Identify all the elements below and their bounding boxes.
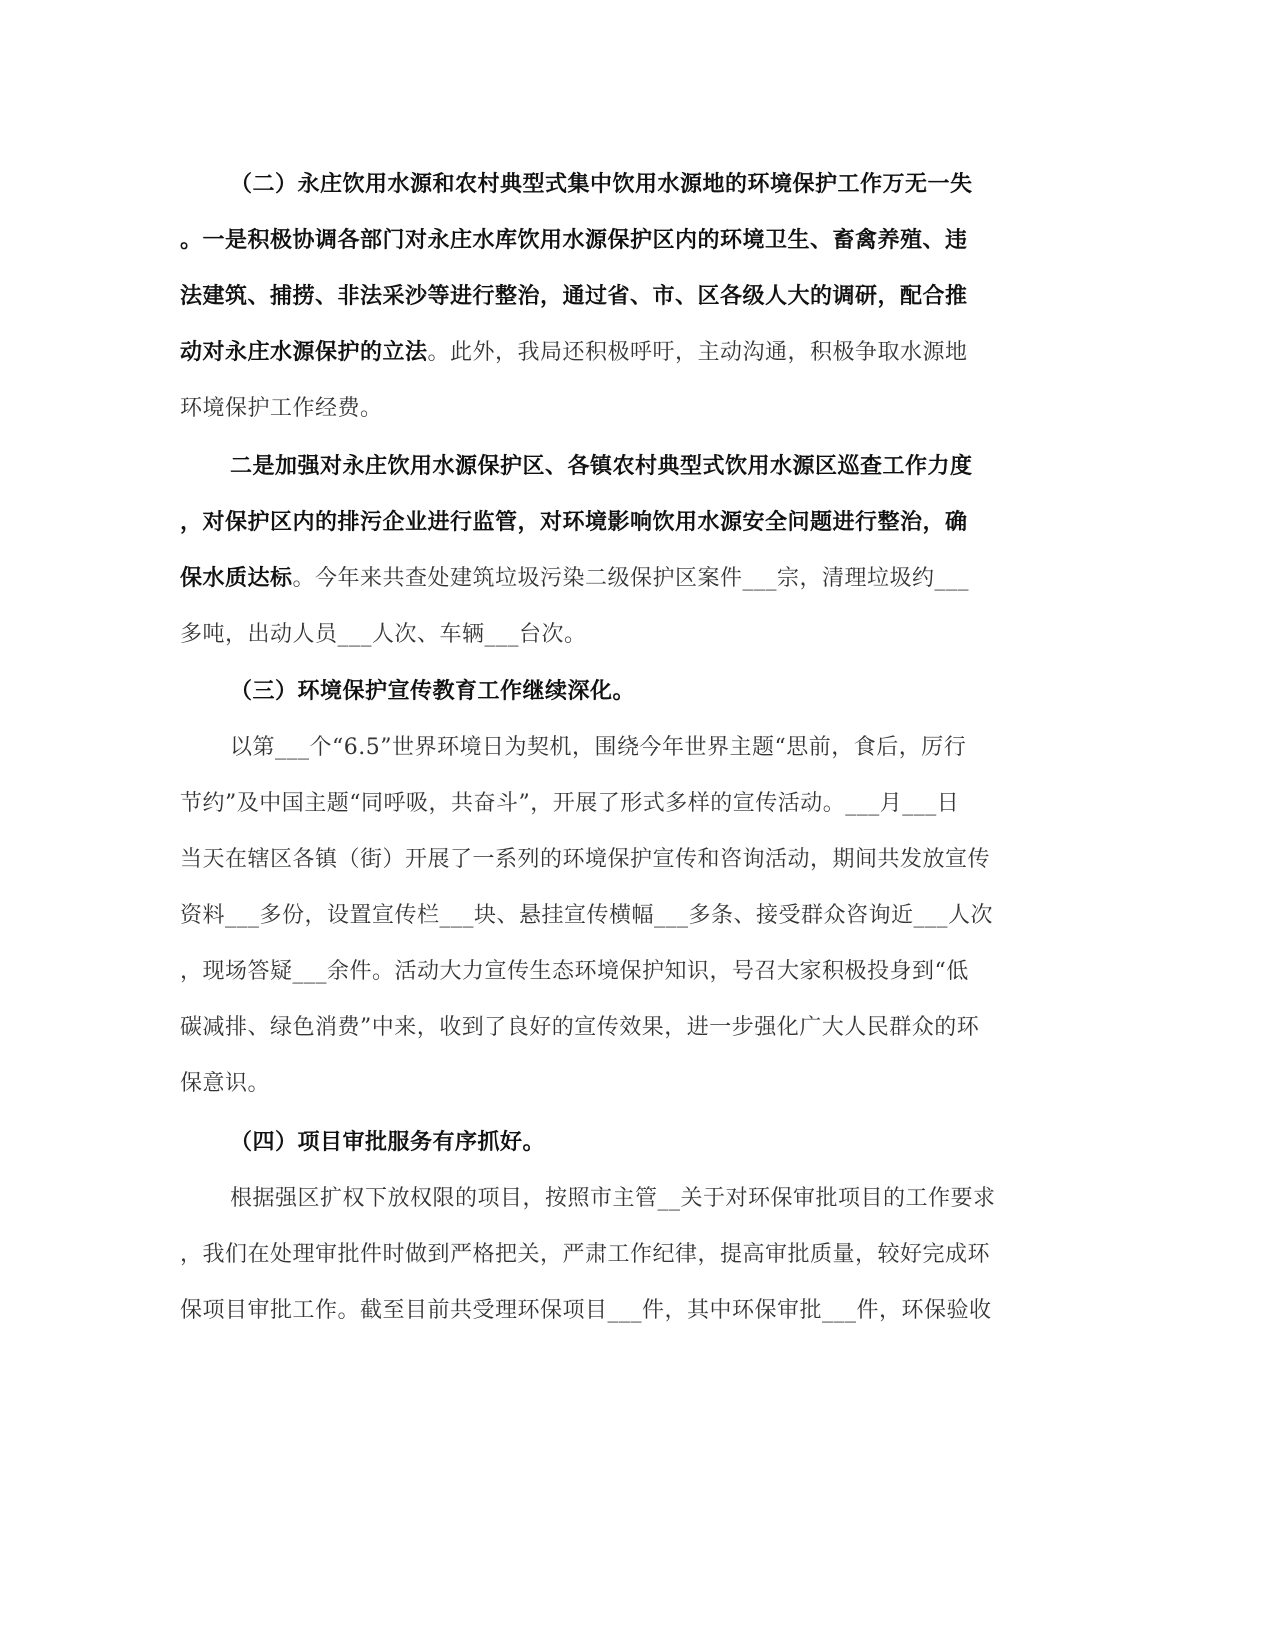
normal-text: 。今年来共查处建筑垃圾污染二级保护区案件___宗，清理垃圾约___ — [293, 566, 970, 591]
paragraph-line: 法建筑、捕捞、非法采沙等进行整治，通过省、市、区各级人大的调研，配合推 — [180, 277, 1040, 317]
paragraph-line: 资料___多份，设置宣传栏___块、悬挂宣传横幅___多条、接受群众咨询近___… — [180, 896, 1040, 936]
paragraph-line: 当天在辖区各镇（街）开展了一系列的环境保护宣传和咨询活动，期间共发放宣传 — [180, 840, 1040, 880]
paragraph-line: 环境保护工作经费。 — [180, 389, 1040, 429]
paragraph-line: ，我们在处理审批件时做到严格把关，严肃工作纪律，提高审批质量，较好完成环 — [180, 1235, 1040, 1275]
paragraph-line: ，现场答疑___余件。活动大力宣传生态环境保护知识，号召大家积极投身到“低 — [180, 952, 1040, 992]
section-2-heading: （二）永庄饮用水源和农村典型式集中饮用水源地的环境保护工作万无一失 — [230, 165, 1090, 205]
paragraph-line: 节约”及中国主题“同呼吸，共奋斗”，开展了形式多样的宣传活动。___月___日 — [180, 784, 1040, 824]
paragraph-line: 二是加强对永庄饮用水源保护区、各镇农村典型式饮用水源区巡查工作力度 — [230, 447, 1090, 487]
paragraph-line: ，对保护区内的排污企业进行监管，对环境影响饮用水源安全问题进行整治，确 — [180, 503, 1040, 543]
paragraph-line: 多吨，出动人员___人次、车辆___台次。 — [180, 615, 1040, 655]
section-3-heading: （三）环境保护宣传教育工作继续深化。 — [230, 672, 1090, 712]
bold-text: 二是加强对永庄饮用水源保护区、各镇农村典型式饮用水源区巡查工作力度 — [230, 454, 973, 479]
bold-text: 动对永庄水源保护的立法 — [180, 340, 428, 365]
section-4-heading: （四）项目审批服务有序抓好。 — [230, 1123, 1090, 1163]
normal-text: 。此外，我局还积极呼吁，主动沟通，积极争取水源地 — [428, 340, 968, 365]
paragraph-line: 保水质达标。今年来共查处建筑垃圾污染二级保护区案件___宗，清理垃圾约___ — [180, 559, 1040, 599]
bold-text: 保水质达标 — [180, 566, 293, 591]
bold-text: 法建筑、捕捞、非法采沙等进行整治，通过省、市、区各级人大的调研，配合推 — [180, 284, 968, 309]
paragraph-line: 碳减排、绿色消费”中来，收到了良好的宣传效果，进一步强化广大人民群众的环 — [180, 1008, 1040, 1048]
paragraph-line: 。一是积极协调各部门对永庄水库饮用水源保护区内的环境卫生、畜禽养殖、违 — [180, 221, 1040, 261]
paragraph-line: 动对永庄水源保护的立法。此外，我局还积极呼吁，主动沟通，积极争取水源地 — [180, 333, 1040, 373]
bold-text: 。一是积极协调各部门对永庄水库饮用水源保护区内的环境卫生、畜禽养殖、违 — [180, 228, 968, 253]
normal-text: 多吨，出动人员___人次、车辆___台次。 — [180, 622, 587, 647]
paragraph-line: 保项目审批工作。截至目前共受理环保项目___件，其中环保审批___件，环保验收 — [180, 1291, 1040, 1331]
paragraph-line: 根据强区扩权下放权限的项目，按照市主管__关于对环保审批项目的工作要求 — [230, 1179, 1090, 1219]
document-page: （二）永庄饮用水源和农村典型式集中饮用水源地的环境保护工作万无一失 。一是积极协… — [0, 0, 1275, 1650]
paragraph-line: 保意识。 — [180, 1064, 1040, 1104]
bold-text: ，对保护区内的排污企业进行监管，对环境影响饮用水源安全问题进行整治，确 — [180, 510, 968, 535]
normal-text: 环境保护工作经费。 — [180, 396, 383, 421]
paragraph-line: 以第___个“6.5”世界环境日为契机，围绕今年世界主题“思前，食后，厉行 — [230, 728, 1090, 768]
